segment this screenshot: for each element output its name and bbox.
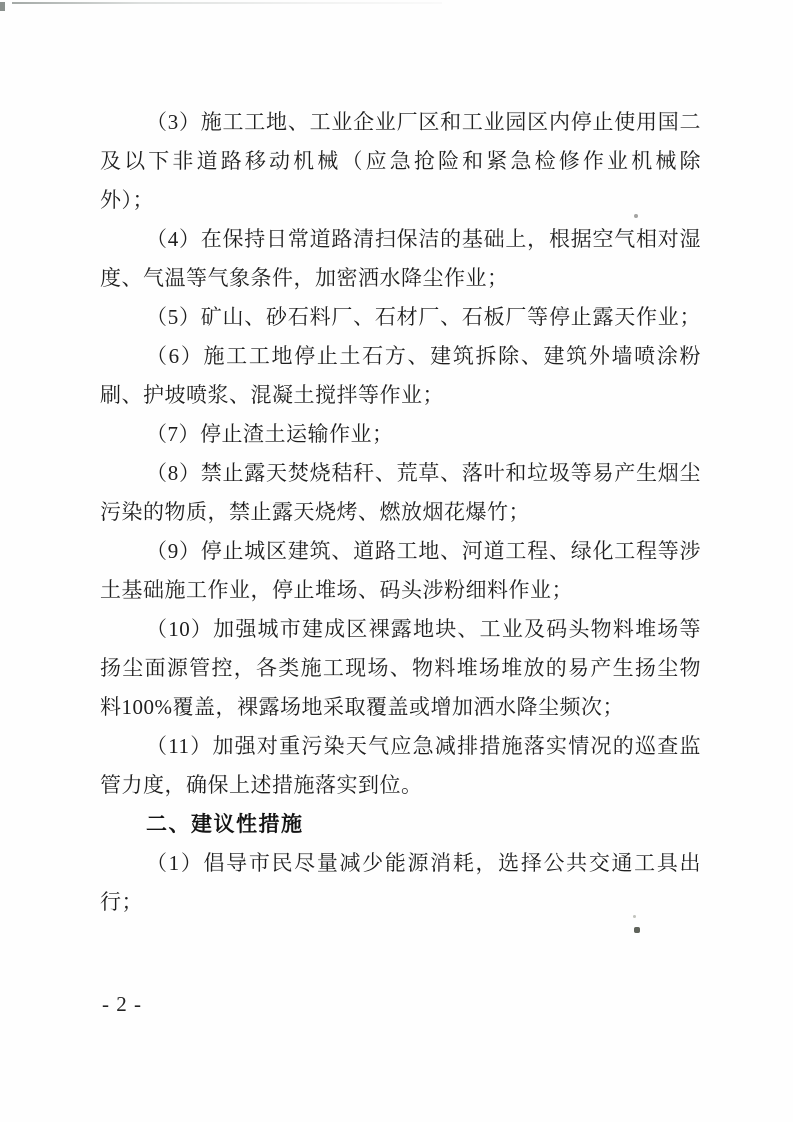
text-line: （9）停止城区建筑、道路工地、河道工程、绿化工程等涉 — [100, 532, 701, 571]
text-line: （8）禁止露天焚烧秸秆、荒草、落叶和垃圾等易产生烟尘 — [100, 454, 701, 493]
text-line: 刷、护坡喷浆、混凝土搅拌等作业； — [100, 376, 701, 415]
text-line: （4）在保持日常道路清扫保洁的基础上，根据空气相对湿 — [100, 220, 701, 259]
scan-artifact-speck — [634, 927, 640, 933]
text-line: （6）施工工地停止土石方、建筑拆除、建筑外墙喷涂粉 — [100, 337, 701, 376]
text-line: 及以下非道路移动机械（应急抢险和紧急检修作业机械除 — [100, 142, 701, 181]
text-line: 行； — [100, 883, 701, 922]
text-line: （10）加强城市建成区裸露地块、工业及码头物料堆场等 — [100, 610, 701, 649]
scan-artifact-top-edge — [12, 2, 442, 4]
text-line: （7）停止渣土运输作业； — [100, 415, 701, 454]
text-line: 料100%覆盖，裸露场地采取覆盖或增加洒水降尘频次； — [100, 688, 701, 727]
text-line: （3）施工工地、工业企业厂区和工业园区内停止使用国二 — [100, 103, 701, 142]
text-line: 扬尘面源管控，各类施工现场、物料堆场堆放的易产生扬尘物 — [100, 649, 701, 688]
scan-artifact-corner — [0, 2, 5, 11]
text-line: （5）矿山、砂石料厂、石材厂、石板厂等停止露天作业； — [100, 298, 701, 337]
text-line: （1）倡导市民尽量减少能源消耗，选择公共交通工具出 — [100, 844, 701, 883]
text-line: 度、气温等气象条件，加密洒水降尘作业； — [100, 259, 701, 298]
text-line: 外）； — [100, 181, 701, 220]
text-line: 管力度，确保上述措施落实到位。 — [100, 766, 701, 805]
page-number: - 2 - — [102, 992, 142, 1017]
section-heading-advisory-measures: 二、建议性措施 — [100, 805, 701, 844]
document-body: （3）施工工地、工业企业厂区和工业园区内停止使用国二 及以下非道路移动机械（应急… — [100, 103, 701, 922]
text-line: 污染的物质，禁止露天烧烤、燃放烟花爆竹； — [100, 493, 701, 532]
text-line: （11）加强对重污染天气应急减排措施落实情况的巡查监 — [100, 727, 701, 766]
text-line: 土基础施工作业，停止堆场、码头涉粉细料作业； — [100, 571, 701, 610]
document-page: （3）施工工地、工业企业厂区和工业园区内停止使用国二 及以下非道路移动机械（应急… — [0, 0, 793, 1122]
